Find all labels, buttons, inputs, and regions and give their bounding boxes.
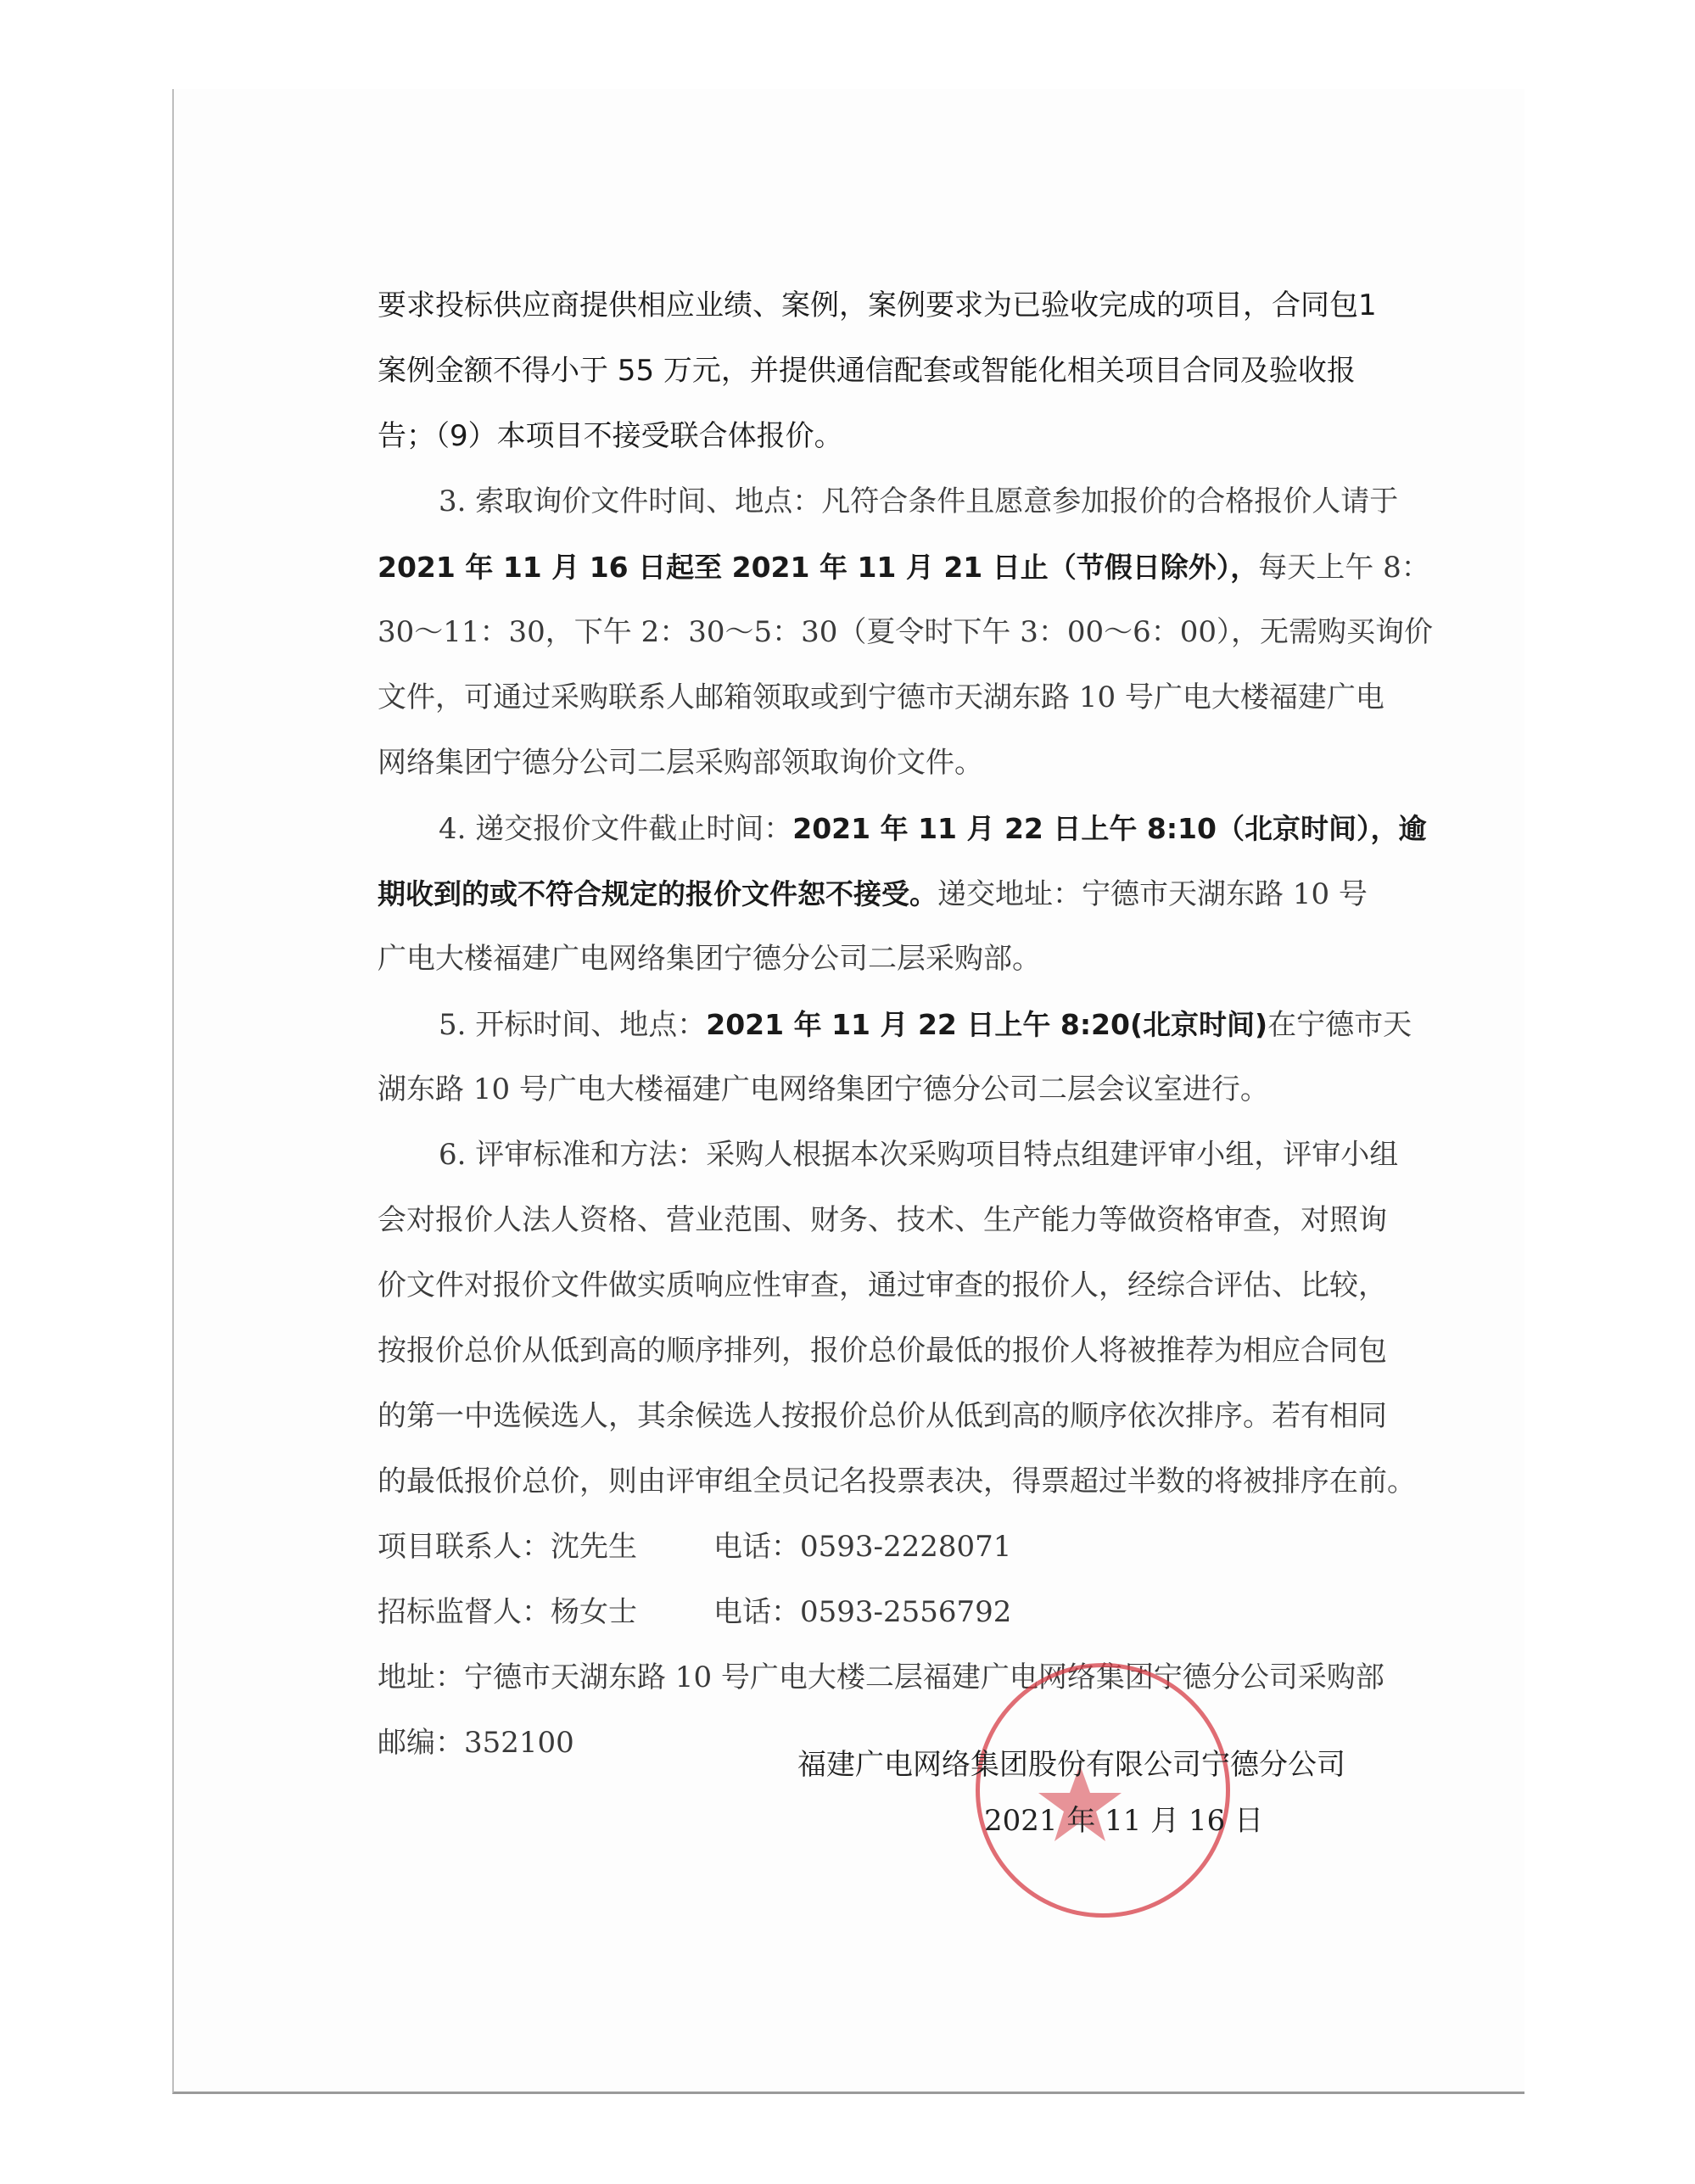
section-5-title: 5. 开标时间、地点：2021 年 11 月 22 日上午 8:20(北京时间)… (378, 992, 1328, 1057)
text-line: 的第一中选候选人，其余候选人按报价总价从低到高的顺序依次排序。若有相同 (378, 1384, 1328, 1449)
contact-row: 招标监督人：杨女士电话：0593-2556792 (378, 1580, 1328, 1645)
contact-phone: 电话：0593-2228071 (713, 1530, 1011, 1564)
text-line: 网络集团宁德分公司二层采购部领取询价文件。 (378, 731, 1328, 796)
bold-text: 2021 年 11 月 22 日上午 8:10（北京时间），逾 (792, 812, 1426, 845)
document-body: 要求投标供应商提供相应业绩、案例，案例要求为已验收完成的项目，合同包1 案例金额… (378, 273, 1328, 1776)
text-line: 广电大楼福建广电网络集团宁德分公司二层采购部。 (378, 927, 1328, 992)
bold-text: 2021 年 11 月 16 日起至 2021 年 11 月 21 日止（节假日… (378, 551, 1258, 584)
contact-person: 项目联系人：沈先生 (378, 1530, 637, 1564)
text-line: 会对报价人法人资格、营业范围、财务、技术、生产能力等做资格审查，对照询 (378, 1188, 1328, 1253)
text-line: 要求投标供应商提供相应业绩、案例，案例要求为已验收完成的项目，合同包1 (378, 273, 1328, 339)
signature-company: 福建广电网络集团股份有限公司宁德分公司 (797, 1741, 1319, 1783)
text-line: 期收到的或不符合规定的报价文件恕不接受。递交地址：宁德市天湖东路 10 号 (378, 861, 1328, 927)
text-line: 30～11：30，下午 2：30～5：30（夏令时下午 3：00～6：00），无… (378, 600, 1328, 665)
text-line: 湖东路 10 号广电大楼福建广电网络集团宁德分公司二层会议室进行。 (378, 1057, 1328, 1123)
text-span: 每天上午 8： (1258, 551, 1429, 585)
contact-row: 项目联系人：沈先生电话：0593-2228071 (378, 1515, 1328, 1580)
text-line: 价文件对报价文件做实质响应性审查，通过审查的报价人，经综合评估、比较， (378, 1253, 1328, 1319)
section-4-title: 4. 递交报价文件截止时间：2021 年 11 月 22 日上午 8:10（北京… (378, 796, 1328, 861)
text-span: 4. 递交报价文件截止时间： (439, 812, 792, 846)
section-3-title: 3. 索取询价文件时间、地点：凡符合条件且愿意参加报价的合格报价人请于 (378, 469, 1328, 535)
supervisor-person: 招标监督人：杨女士 (378, 1595, 637, 1629)
text-line: 按报价总价从低到高的顺序排列，报价总价最低的报价人将被推荐为相应合同包 (378, 1319, 1328, 1384)
text-span: 递交地址：宁德市天湖东路 10 号 (937, 877, 1368, 911)
text-span: 5. 开标时间、地点： (439, 1008, 706, 1042)
signature-date: 2021 年 11 月 16 日 (984, 1797, 1263, 1839)
bold-text: 期收到的或不符合规定的报价文件恕不接受。 (378, 877, 937, 910)
text-line: 2021 年 11 月 16 日起至 2021 年 11 月 21 日止（节假日… (378, 535, 1328, 600)
text-line: 案例金额不得小于 55 万元，并提供通信配套或智能化相关项目合同及验收报 (378, 339, 1328, 404)
supervisor-phone: 电话：0593-2556792 (713, 1595, 1011, 1629)
text-line: 告；（9）本项目不接受联合体报价。 (378, 404, 1328, 469)
text-line: 的最低报价总价，则由评审组全员记名投票表决，得票超过半数的将被排序在前。 (378, 1449, 1328, 1515)
text-span: 在宁德市天 (1267, 1008, 1412, 1042)
text-line: 文件，可通过采购联系人邮箱领取或到宁德市天湖东路 10 号广电大楼福建广电 (378, 665, 1328, 731)
section-6-title: 6. 评审标准和方法：采购人根据本次采购项目特点组建评审小组，评审小组 (378, 1123, 1328, 1188)
bold-text: 2021 年 11 月 22 日上午 8:20(北京时间) (706, 1008, 1267, 1041)
